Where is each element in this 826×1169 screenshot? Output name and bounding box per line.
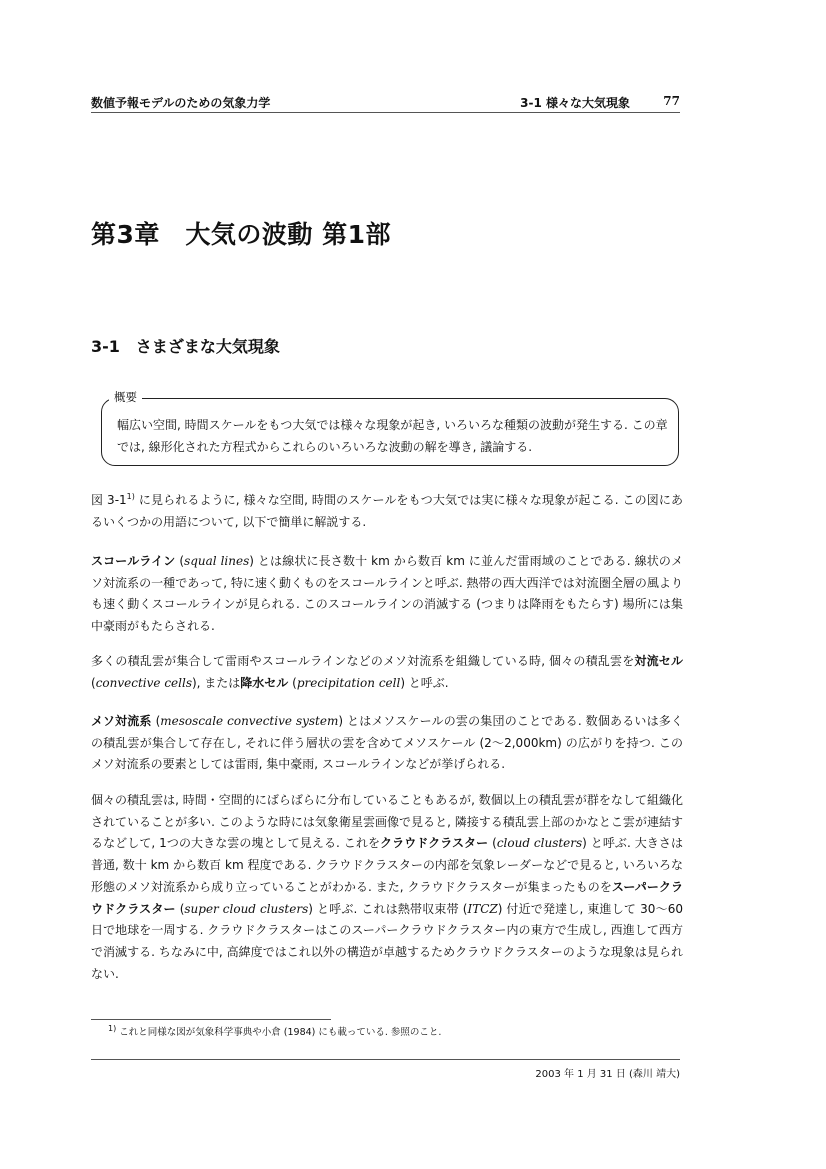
book-title: 数値予報モデルのための気象力学 <box>91 94 270 111</box>
footnote-ref: 1) <box>127 492 135 501</box>
bold-term: 降水セル <box>240 676 288 690</box>
footer-rule <box>91 1059 680 1060</box>
footnote: 1) これと同様な図が気象科学事典や小倉 (1984) にも載っている. 参照の… <box>108 1024 441 1038</box>
abstract-label: 概要 <box>109 389 142 405</box>
bold-term: メソ対流系 <box>91 714 152 728</box>
paragraph-cloud-clusters: 個々の積乱雲は, 時間・空間的にばらばらに分布していることもあるが, 数個以上の… <box>91 790 683 985</box>
bold-term: 対流セル <box>634 654 683 668</box>
text-run: ( <box>175 554 184 568</box>
footer-date-author: 2003 年 1 月 31 日 (森川 靖大) <box>535 1065 680 1080</box>
text-run: ) と呼ぶ. これは熱帯収束帯 ( <box>308 902 467 916</box>
text-run: 図 3-1 <box>91 493 127 507</box>
document-page: 数値予報モデルのための気象力学 3-1 様々な大気現象 77 第3章 大気の波動… <box>0 0 826 1169</box>
paragraph-convective-cells: 多くの積乱雲が集合して雷雨やスコールラインなどのメソ対流系を組織している時, 個… <box>91 651 683 694</box>
italic-term: convective cells <box>96 676 192 690</box>
footnote-text: これと同様な図が気象科学事典や小倉 (1984) にも載っている. 参照のこと. <box>119 1027 441 1038</box>
chapter-title: 第3章 大気の波動 第1部 <box>91 215 391 251</box>
text-run: に見られるように, 様々な空間, 時間のスケールをもつ大気では実に様々な現象が起… <box>91 493 683 529</box>
italic-term: super cloud clusters <box>184 902 308 916</box>
footnote-marker: 1) <box>108 1024 116 1033</box>
italic-term: squal lines <box>184 554 249 568</box>
footnote-rule <box>91 1019 331 1020</box>
text-run: ( <box>488 836 497 850</box>
text-run: 多くの積乱雲が集合して雷雨やスコールラインなどのメソ対流系を組織している時, 個… <box>91 654 634 668</box>
bold-term: クラウドクラスター <box>380 836 488 850</box>
paragraph-intro: 図 3-11) に見られるように, 様々な空間, 時間のスケールをもつ大気では実… <box>91 490 683 533</box>
section-title: 3-1 さまざまな大気現象 <box>91 334 280 357</box>
text-run: ), または <box>192 676 240 690</box>
italic-term: ITCZ <box>467 902 497 916</box>
italic-term: cloud clusters <box>497 836 582 850</box>
bold-term: スコールライン <box>91 554 175 568</box>
running-header: 数値予報モデルのための気象力学 3-1 様々な大気現象 77 <box>91 94 680 112</box>
text-run: ) と呼ぶ. <box>400 676 448 690</box>
paragraph-squal-lines: スコールライン (squal lines) とは線状に長さ数十 km から数百 … <box>91 551 683 638</box>
text-run: ( <box>288 676 297 690</box>
section-reference: 3-1 様々な大気現象 <box>520 94 630 111</box>
abstract-text: 幅広い空間, 時間スケールをもつ大気では様々な現象が起き, いろいろな種類の波動… <box>117 414 672 458</box>
text-run: ( <box>152 714 161 728</box>
page-number: 77 <box>663 94 680 108</box>
header-rule <box>91 112 680 113</box>
italic-term: precipitation cell <box>297 676 401 690</box>
paragraph-mesoscale-convective-system: メソ対流系 (mesoscale convective system) とはメソ… <box>91 711 683 776</box>
italic-term: mesoscale convective system <box>160 714 338 728</box>
